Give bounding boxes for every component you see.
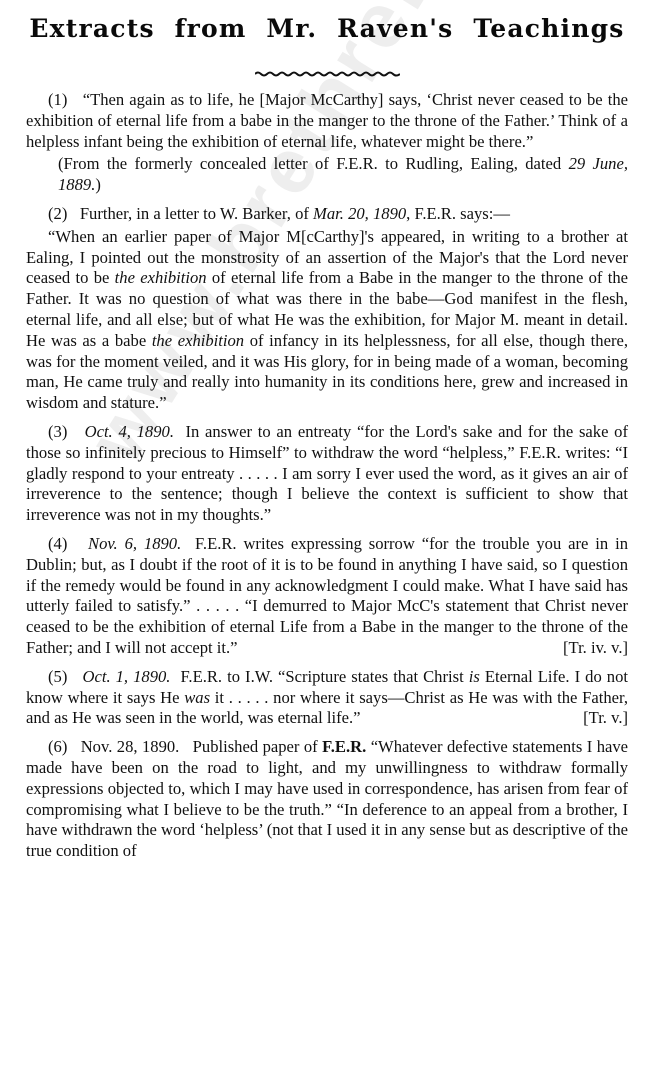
- extract-number: (6): [48, 737, 67, 756]
- extract-number: (1): [48, 90, 67, 109]
- extract-number: (2): [48, 204, 67, 223]
- extract-date: Oct. 4, 1890.: [85, 422, 174, 441]
- extract-intro-end: , F.E.R. says:—: [406, 204, 510, 223]
- extract-5: (5) Oct. 1, 1890. F.E.R. to I.W. “Script…: [26, 667, 628, 729]
- page-title: Extracts from Mr. Raven's Teachings: [26, 0, 628, 56]
- extract-number: (5): [48, 667, 67, 686]
- quote-emphasis: the exhibition: [115, 268, 207, 287]
- extract-number: (4): [48, 534, 67, 553]
- extract-number: (3): [48, 422, 67, 441]
- document-page: Extracts from Mr. Raven's Teachings (1) …: [0, 0, 650, 862]
- extract-date: Nov. 6, 1890.: [88, 534, 181, 553]
- extract-1: (1) “Then again as to life, he [Major Mc…: [26, 90, 628, 152]
- citation-close: ): [95, 175, 101, 194]
- extract-reference: [Tr. iv. v.]: [541, 638, 628, 659]
- extract-emphasis: was: [184, 688, 210, 707]
- quote-emphasis: the exhibition: [152, 331, 244, 350]
- extract-3: (3) Oct. 4, 1890. In answer to an entrea…: [26, 422, 628, 526]
- extract-1-citation: (From the formerly concealed letter of F…: [26, 154, 628, 196]
- extract-4: (4) Nov. 6, 1890. F.E.R. writes expressi…: [26, 534, 628, 659]
- extract-date: Oct. 1, 1890.: [82, 667, 170, 686]
- extract-reference: [Tr. v.]: [561, 708, 628, 729]
- extract-6: (6) Nov. 28, 1890. Published paper of F.…: [26, 737, 628, 862]
- wavy-rule-divider: [255, 70, 400, 78]
- citation-text: (From the formerly concealed letter of F…: [58, 154, 569, 173]
- extract-intro: Further, in a letter to W. Barker, of: [80, 204, 313, 223]
- extract-author: F.E.R.: [322, 737, 366, 756]
- extract-date: Mar. 20, 1890: [313, 204, 406, 223]
- extract-text: Published paper of: [193, 737, 322, 756]
- extract-2-quote: “When an earlier paper of Major M[cCarth…: [26, 227, 628, 414]
- extract-date: Nov. 28, 1890.: [81, 737, 180, 756]
- extract-text: “Then again as to life, he [Major McCart…: [26, 90, 628, 151]
- extract-2-intro: (2) Further, in a letter to W. Barker, o…: [26, 204, 628, 225]
- extract-emphasis: is: [469, 667, 480, 686]
- extract-text: F.E.R. to I.W. “Scripture states that Ch…: [181, 667, 469, 686]
